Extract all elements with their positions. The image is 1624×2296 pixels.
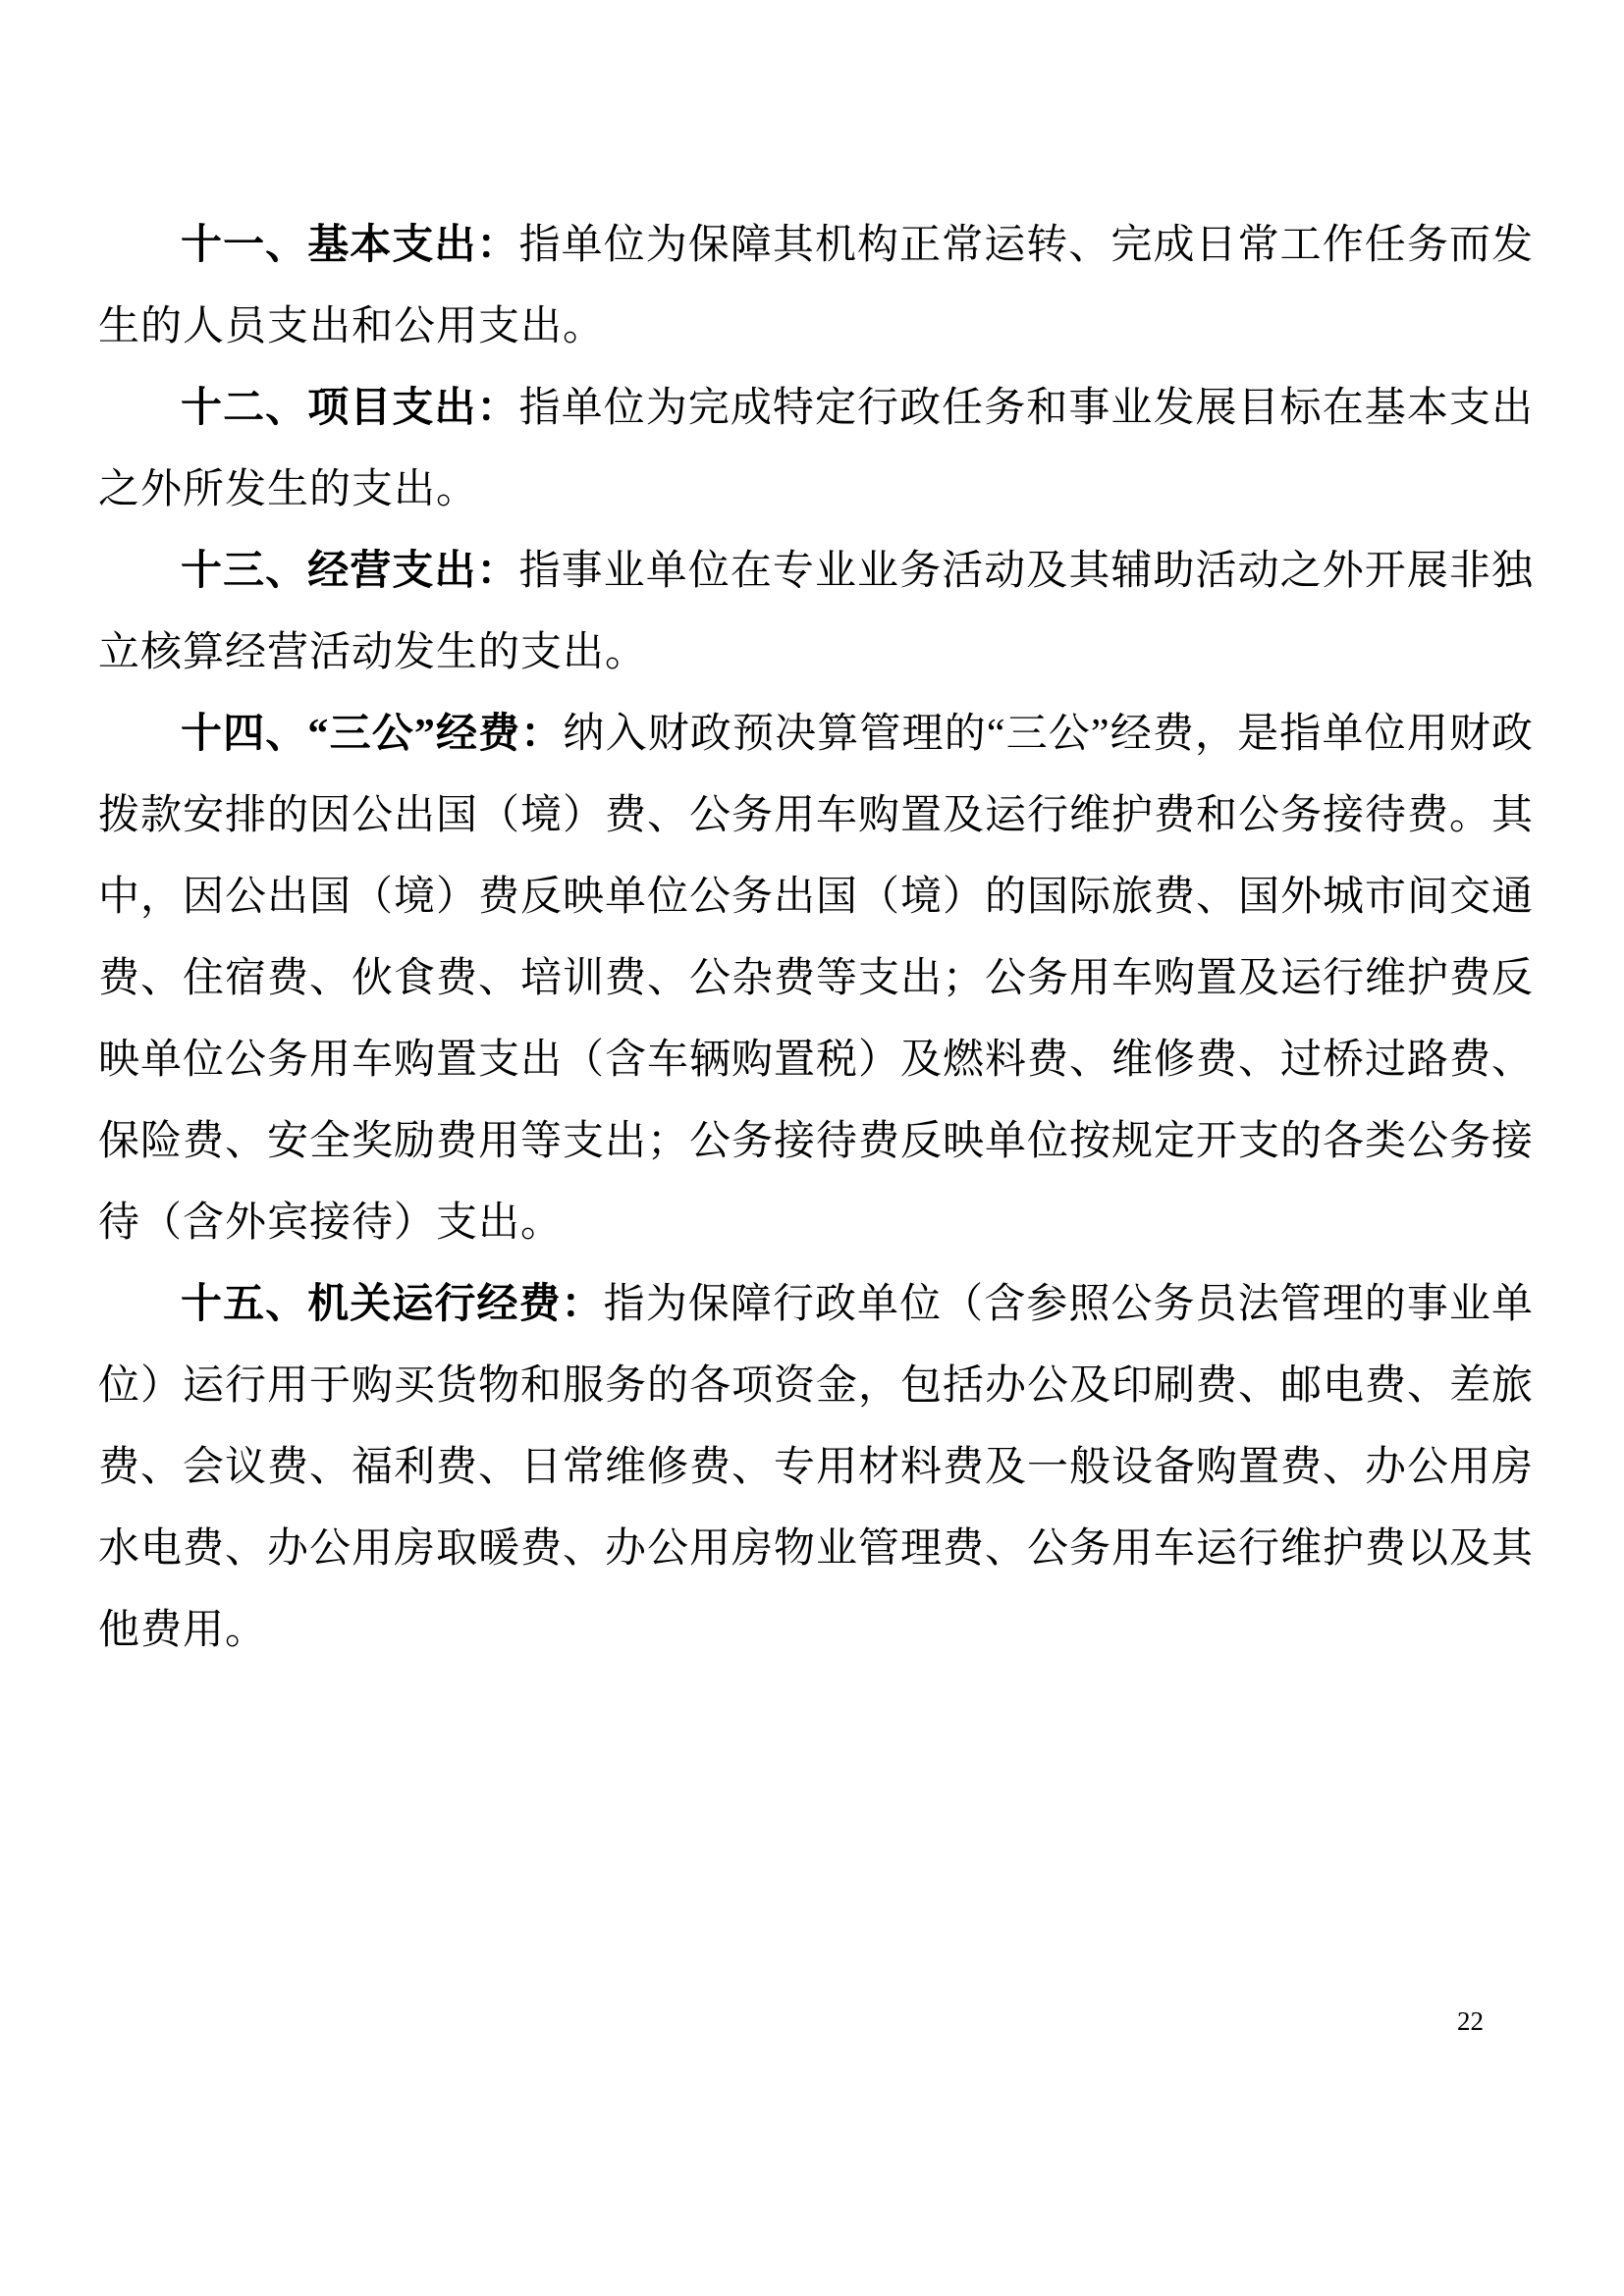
document-page: 十一、基本支出：指单位为保障其机构正常运转、完成日常工作任务而发生的人员支出和公… <box>0 0 1624 2296</box>
term-definition: 纳入财政预决算管理的“三公”经费，是指单位用财政拨款安排的因公出国（境）费、公务… <box>98 712 1534 1246</box>
term-label: 十一、基本支出： <box>181 223 519 268</box>
definition-paragraph-three-public-funds: 十四、“三公”经费：纳入财政预决算管理的“三公”经费，是指单位用财政拨款安排的因… <box>98 694 1534 1264</box>
term-definition: 指为保障行政单位（含参照公务员法管理的事业单位）运行用于购买货物和服务的各项资金… <box>98 1282 1534 1653</box>
definition-paragraph-project-expenditure: 十二、项目支出：指单位为完成特定行政任务和事业发展目标在基本支出之外所发生的支出… <box>98 368 1534 531</box>
definition-paragraph-basic-expenditure: 十一、基本支出：指单位为保障其机构正常运转、完成日常工作任务而发生的人员支出和公… <box>98 205 1534 368</box>
term-label: 十四、“三公”经费： <box>181 712 563 757</box>
term-label: 十二、项目支出： <box>181 386 519 431</box>
term-label: 十五、机关运行经费： <box>181 1282 604 1327</box>
definition-paragraph-operating-expenditure: 十三、经营支出：指事业单位在专业业务活动及其辅助活动之外开展非独立核算经营活动发… <box>98 531 1534 694</box>
page-number: 22 <box>1457 2004 1484 2038</box>
document-body: 十一、基本支出：指单位为保障其机构正常运转、完成日常工作任务而发生的人员支出和公… <box>98 205 1534 1672</box>
term-label: 十三、经营支出： <box>181 549 519 594</box>
definition-paragraph-agency-operating-funds: 十五、机关运行经费：指为保障行政单位（含参照公务员法管理的事业单位）运行用于购买… <box>98 1264 1534 1672</box>
